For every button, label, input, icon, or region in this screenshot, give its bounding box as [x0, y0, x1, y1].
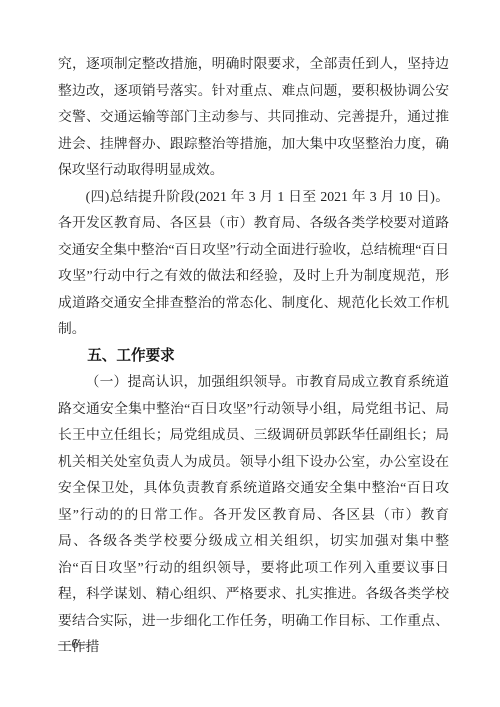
paragraph-item-one: （一）提高认识，加强组织领导。市教育局成立教育系统道路交通安全集中整治“百日攻坚…: [58, 369, 449, 661]
paragraph-phase-four: (四)总结提升阶段(2021 年 3 月 1 日至 2021 年 3 月 10 …: [58, 184, 449, 343]
paragraph-continuation: 究，逐项制定整改措施，明确时限要求，全部责任到人，坚持边整边改，逐项销号落实。针…: [58, 51, 449, 184]
section-heading-work-requirements: 五、工作要求: [58, 343, 449, 370]
page-number: —6—: [58, 636, 92, 652]
document-page: 究，逐项制定整改措施，明确时限要求，全部责任到人，坚持边整边改，逐项销号落实。针…: [0, 0, 500, 707]
document-body: 究，逐项制定整改措施，明确时限要求，全部责任到人，坚持边整边改，逐项销号落实。针…: [58, 51, 449, 661]
